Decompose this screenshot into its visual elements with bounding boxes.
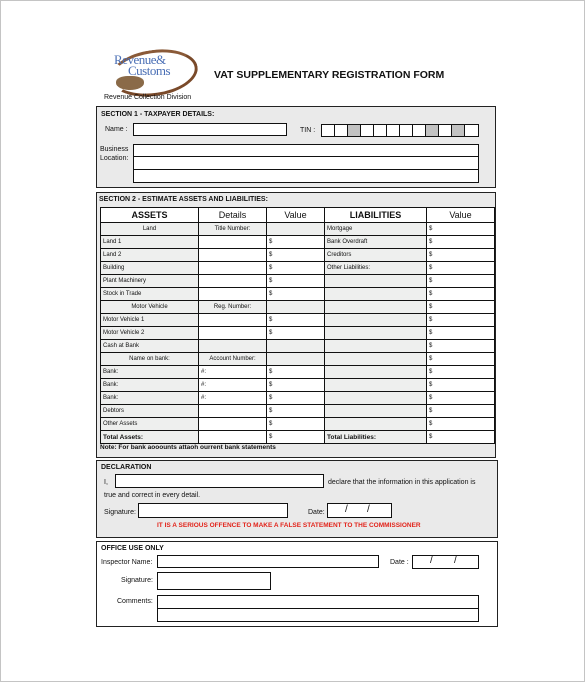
asset-label: Cash at Bank — [101, 340, 199, 353]
asset-value-field[interactable]: $ — [267, 288, 325, 301]
table-row: Debtors$$ — [101, 405, 495, 418]
name-label: Name : — [105, 126, 128, 133]
liability-label — [325, 288, 427, 301]
asset-detail-field[interactable] — [199, 262, 267, 275]
liability-value-field[interactable]: $ — [427, 301, 495, 314]
table-row: Motor Vehicle 2$$ — [101, 327, 495, 340]
asset-value-field — [267, 340, 325, 353]
revenue-customs-logo: Revenue& Customs — [104, 48, 194, 94]
asset-value-field — [267, 353, 325, 366]
asset-detail-field[interactable] — [199, 405, 267, 418]
asset-detail-field — [199, 340, 267, 353]
date-separator: / — [345, 504, 348, 515]
false-statement-warning: IT IS A SERIOUS OFFENCE TO MAKE A FALSE … — [157, 522, 421, 529]
liability-value-field[interactable]: $ — [427, 366, 495, 379]
declarant-name-field[interactable] — [115, 474, 324, 488]
table-row: Stock in Trade$$ — [101, 288, 495, 301]
liability-label — [325, 405, 427, 418]
asset-label: Name on bank: — [101, 353, 199, 366]
taxpayer-name-field[interactable] — [133, 123, 287, 136]
liability-value-field[interactable]: $ — [427, 340, 495, 353]
table-row: LandTitle Number:Mortgage$ — [101, 223, 495, 236]
office-signature-field[interactable] — [157, 572, 271, 590]
asset-value-field[interactable]: $ — [267, 431, 325, 444]
table-header-row: ASSETS Details Value LIABILITIES Value — [101, 208, 495, 223]
asset-detail-field[interactable] — [199, 431, 267, 444]
liability-label: Mortgage — [325, 223, 427, 236]
liability-value-field[interactable]: $ — [427, 392, 495, 405]
asset-value-field[interactable]: $ — [267, 418, 325, 431]
asset-label: Building — [101, 262, 199, 275]
asset-value-field[interactable]: $ — [267, 379, 325, 392]
table-row: Motor VehicleReg. Number:$ — [101, 301, 495, 314]
liability-label: Other Liabilities: — [325, 262, 427, 275]
business-location-label-1: Business — [100, 146, 128, 153]
table-row: Plant Machinery$$ — [101, 275, 495, 288]
liability-label — [325, 275, 427, 288]
asset-detail-field[interactable] — [199, 314, 267, 327]
date-separator: / — [430, 555, 433, 566]
asset-detail-field[interactable] — [199, 418, 267, 431]
asset-label: Bank: — [101, 392, 199, 405]
office-date-label: Date : — [390, 559, 409, 566]
liability-value-field[interactable]: $ — [427, 405, 495, 418]
asset-detail-field[interactable] — [199, 288, 267, 301]
tin-digit-box[interactable] — [413, 125, 426, 136]
liability-value-field[interactable]: $ — [427, 249, 495, 262]
liability-label — [325, 353, 427, 366]
asset-label: Other Assets — [101, 418, 199, 431]
inspector-name-field[interactable] — [157, 555, 379, 568]
liability-value-field[interactable]: $ — [427, 275, 495, 288]
liability-label — [325, 392, 427, 405]
asset-value-field[interactable]: $ — [267, 262, 325, 275]
table-row: Cash at Bank$ — [101, 340, 495, 353]
asset-value-field[interactable]: $ — [267, 405, 325, 418]
liability-label — [325, 340, 427, 353]
table-row: Total Assets:$Total Liabilities:$ — [101, 431, 495, 444]
asset-label: Motor Vehicle 1 — [101, 314, 199, 327]
asset-label: Total Assets: — [101, 431, 199, 444]
asset-detail-field[interactable]: #: — [199, 366, 267, 379]
liability-value-field[interactable]: $ — [427, 223, 495, 236]
detail-label: Account Number: — [199, 353, 267, 366]
declaration-date-field[interactable]: / / — [327, 503, 392, 518]
tin-label: TIN : — [300, 127, 315, 134]
liability-value-field[interactable]: $ — [427, 288, 495, 301]
tin-digit-box[interactable] — [322, 125, 335, 136]
liability-value-field[interactable]: $ — [427, 353, 495, 366]
liability-label — [325, 314, 427, 327]
liability-value-field[interactable]: $ — [427, 314, 495, 327]
asset-label: Stock in Trade — [101, 288, 199, 301]
liability-label: Creditors — [325, 249, 427, 262]
liability-label: Total Liabilities: — [325, 431, 427, 444]
declaration-text-2: true and correct in every detail. — [104, 492, 200, 499]
tin-input-boxes[interactable] — [321, 124, 479, 137]
liability-label — [325, 366, 427, 379]
liability-value-field[interactable]: $ — [427, 431, 495, 444]
asset-label: Land — [101, 223, 199, 236]
liability-label: Bank Overdraft — [325, 236, 427, 249]
table-row: Land 2$Creditors$ — [101, 249, 495, 262]
office-signature-label: Signature: — [121, 577, 153, 584]
detail-label: Title Number: — [199, 223, 267, 236]
tin-digit-box — [348, 125, 361, 136]
date-separator: / — [367, 504, 370, 515]
liability-value-field[interactable]: $ — [427, 262, 495, 275]
signature-label: Signature: — [104, 509, 136, 516]
declaration-date-label: Date: — [308, 509, 325, 516]
header-value: Value — [267, 208, 325, 223]
tin-digit-box[interactable] — [400, 125, 413, 136]
inspector-name-label: Inspector Name: — [101, 559, 152, 566]
asset-label: Plant Machinery — [101, 275, 199, 288]
tin-digit-box[interactable] — [335, 125, 348, 136]
asset-label: Land 1 — [101, 236, 199, 249]
section1-title: SECTION 1 - TAXPAYER DETAILS: — [101, 111, 214, 118]
office-date-field[interactable]: / / — [412, 555, 479, 569]
asset-value-field[interactable]: $ — [267, 249, 325, 262]
liability-value-field[interactable]: $ — [427, 418, 495, 431]
assets-liabilities-table: ASSETS Details Value LIABILITIES Value L… — [100, 207, 495, 444]
declaration-signature-field[interactable] — [138, 503, 288, 518]
liability-label — [325, 327, 427, 340]
date-separator: / — [454, 555, 457, 566]
comments-line-1[interactable] — [157, 595, 479, 609]
table-row: Other Assets$$ — [101, 418, 495, 431]
asset-detail-field[interactable] — [199, 236, 267, 249]
table-row: Bank:#:$$ — [101, 379, 495, 392]
header-liabilities: LIABILITIES — [325, 208, 427, 223]
asset-value-field[interactable]: $ — [267, 366, 325, 379]
office-use-title: OFFICE USE ONLY — [101, 545, 164, 552]
asset-value-field[interactable]: $ — [267, 327, 325, 340]
tin-digit-box[interactable] — [374, 125, 387, 136]
table-row: Motor Vehicle 1$$ — [101, 314, 495, 327]
section2-title: SECTION 2 - ESTIMATE ASSETS AND LIABILIT… — [99, 196, 268, 203]
asset-label: Land 2 — [101, 249, 199, 262]
business-location-line-2[interactable] — [133, 156, 479, 170]
asset-label: Motor Vehicle — [101, 301, 199, 314]
division-label: Revenue Collection Division — [104, 94, 191, 101]
asset-label: Debtors — [101, 405, 199, 418]
table-row: Land 1$Bank Overdraft$ — [101, 236, 495, 249]
tin-digit-box[interactable] — [361, 125, 374, 136]
liability-label — [325, 418, 427, 431]
liability-value-field[interactable]: $ — [427, 379, 495, 392]
asset-value-field[interactable]: $ — [267, 392, 325, 405]
header-assets: ASSETS — [101, 208, 199, 223]
header-details: Details — [199, 208, 267, 223]
detail-label: Reg. Number: — [199, 301, 267, 314]
asset-detail-field[interactable] — [199, 249, 267, 262]
asset-value-field[interactable]: $ — [267, 314, 325, 327]
comments-label: Comments: — [117, 598, 153, 605]
asset-label: Bank: — [101, 366, 199, 379]
tin-digit-box[interactable] — [465, 125, 478, 136]
asset-detail-field[interactable] — [199, 327, 267, 340]
liability-label — [325, 379, 427, 392]
asset-value-field[interactable]: $ — [267, 236, 325, 249]
form-title: VAT SUPPLEMENTARY REGISTRATION FORM — [214, 69, 444, 81]
table-row: Name on bank:Account Number:$ — [101, 353, 495, 366]
asset-detail-field[interactable] — [199, 275, 267, 288]
declaration-title: DECLARATION — [101, 464, 151, 471]
asset-detail-field[interactable]: #: — [199, 379, 267, 392]
asset-detail-field[interactable]: #: — [199, 392, 267, 405]
tin-digit-box[interactable] — [439, 125, 452, 136]
asset-label: Bank: — [101, 379, 199, 392]
declaration-text-1: declare that the information in this app… — [328, 479, 475, 486]
comments-line-2[interactable] — [157, 608, 479, 622]
table-row: Building$Other Liabilities:$ — [101, 262, 495, 275]
liability-value-field[interactable]: $ — [427, 327, 495, 340]
bank-statement-note: Note: For bank aooounts attaoh ourrent b… — [100, 444, 276, 451]
business-location-line-3[interactable] — [133, 169, 479, 183]
business-location-label-2: Location: — [100, 155, 128, 162]
asset-value-field — [267, 223, 325, 236]
asset-value-field — [267, 301, 325, 314]
tin-digit-box — [426, 125, 439, 136]
tin-digit-box[interactable] — [387, 125, 400, 136]
liability-label — [325, 301, 427, 314]
table-row: Bank:#:$$ — [101, 366, 495, 379]
declarant-i-label: I, — [104, 479, 108, 486]
liability-value-field[interactable]: $ — [427, 236, 495, 249]
table-row: Bank:#:$$ — [101, 392, 495, 405]
header-liability-value: Value — [427, 208, 495, 223]
tin-digit-box — [452, 125, 465, 136]
asset-label: Motor Vehicle 2 — [101, 327, 199, 340]
logo-text-line2: Customs — [128, 63, 170, 79]
asset-value-field[interactable]: $ — [267, 275, 325, 288]
